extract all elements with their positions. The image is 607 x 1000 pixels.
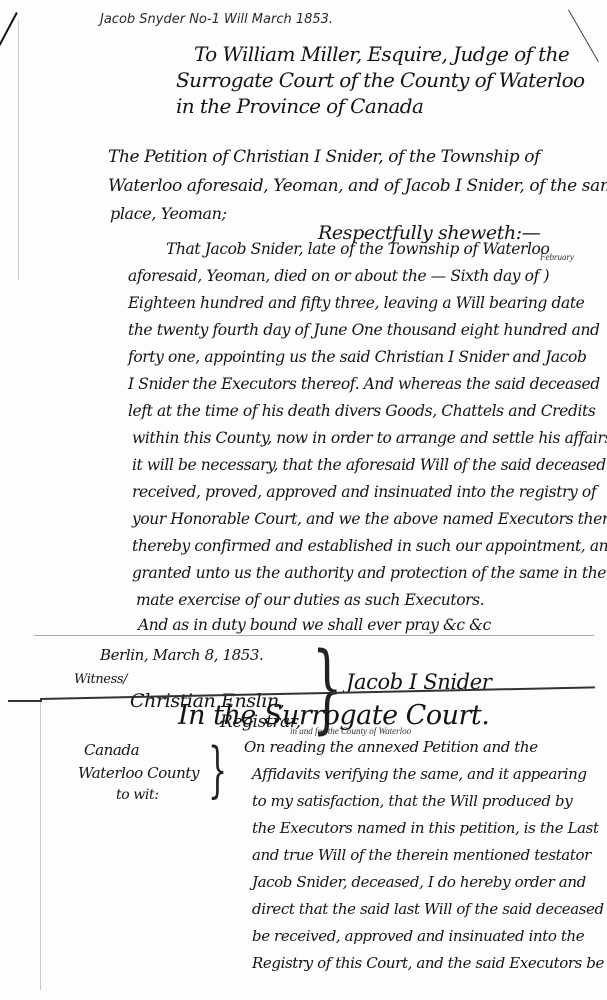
address-line-3: in the Province of Canada bbox=[176, 94, 423, 118]
body-line-14: mate exercise of our duties as such Exec… bbox=[136, 591, 484, 609]
margin-pen-stroke-right bbox=[568, 10, 599, 62]
body-line-12: thereby confirmed and established in suc… bbox=[132, 537, 607, 555]
margin-fold-rule bbox=[18, 20, 19, 280]
order-line-3: to my satisfaction, that the Will produc… bbox=[252, 792, 572, 810]
petition-intro-line-2: Waterloo aforesaid, Yeoman, and of Jacob… bbox=[108, 176, 607, 196]
jurisdiction-brace: } bbox=[208, 740, 227, 800]
order-line-9: Registry of this Court, and the said Exe… bbox=[252, 954, 604, 972]
body-line-11: your Honorable Court, and we the above n… bbox=[132, 510, 607, 528]
body-line-3: Eighteen hundred and fifty three, leavin… bbox=[128, 294, 584, 312]
order-line-4: the Executors named in this petition, is… bbox=[252, 819, 599, 837]
order-line-7: direct that the said last Will of the sa… bbox=[252, 900, 604, 918]
order-interlinear-note: in and for the County of Waterloo bbox=[290, 726, 411, 736]
order-line-5: and true Will of the therein mentioned t… bbox=[252, 846, 591, 864]
order-frame-left-tick bbox=[8, 700, 42, 702]
petition-intro-line-3: place, Yeoman; bbox=[110, 204, 227, 223]
signature-place-date: Berlin, March 8, 1853. bbox=[100, 646, 263, 664]
jurisdiction-county: Waterloo County bbox=[78, 764, 199, 782]
body-line-10: received, proved, approved and insinuate… bbox=[132, 483, 596, 501]
body-line-4: the twenty fourth day of June One thousa… bbox=[128, 321, 600, 339]
body-line-6: I Snider the Executors thereof. And wher… bbox=[128, 375, 600, 393]
body-line-5: forty one, appointing us the said Christ… bbox=[128, 348, 587, 366]
order-line-1: On reading the annexed Petition and the bbox=[244, 738, 538, 756]
address-line-2: Surrogate Court of the County of Waterlo… bbox=[176, 68, 584, 92]
body-line-1: That Jacob Snider, late of the Township … bbox=[166, 240, 549, 258]
body-line-8: within this County, now in order to arra… bbox=[132, 429, 607, 447]
margin-pen-stroke bbox=[0, 12, 17, 145]
order-line-8: be received, approved and insinuated int… bbox=[252, 927, 584, 945]
petition-intro-line-1: The Petition of Christian I Snider, of t… bbox=[108, 147, 540, 167]
body-line-2: aforesaid, Yeoman, died on or about the … bbox=[128, 267, 549, 285]
order-line-6: Jacob Snider, deceased, I do hereby orde… bbox=[252, 873, 586, 891]
jurisdiction-to-wit: to wit: bbox=[116, 787, 159, 803]
body-line-7: left at the time of his death divers Goo… bbox=[128, 402, 595, 420]
address-line-1: To William Miller, Esquire, Judge of the bbox=[194, 42, 569, 66]
order-line-2: Affidavits verifying the same, and it ap… bbox=[252, 765, 587, 783]
body-line-13: granted unto us the authority and protec… bbox=[132, 564, 607, 582]
archive-header-note: Jacob Snyder No-1 Will March 1853. bbox=[100, 12, 333, 27]
witness-label: Witness/ bbox=[74, 672, 127, 687]
margin-fold-rule-lower bbox=[40, 700, 41, 990]
body-line-9: it will be necessary, that the aforesaid… bbox=[132, 456, 607, 474]
jurisdiction-canada: Canada bbox=[84, 741, 139, 759]
document-page: Jacob Snyder No-1 Will March 1853. To Wi… bbox=[0, 0, 607, 1000]
